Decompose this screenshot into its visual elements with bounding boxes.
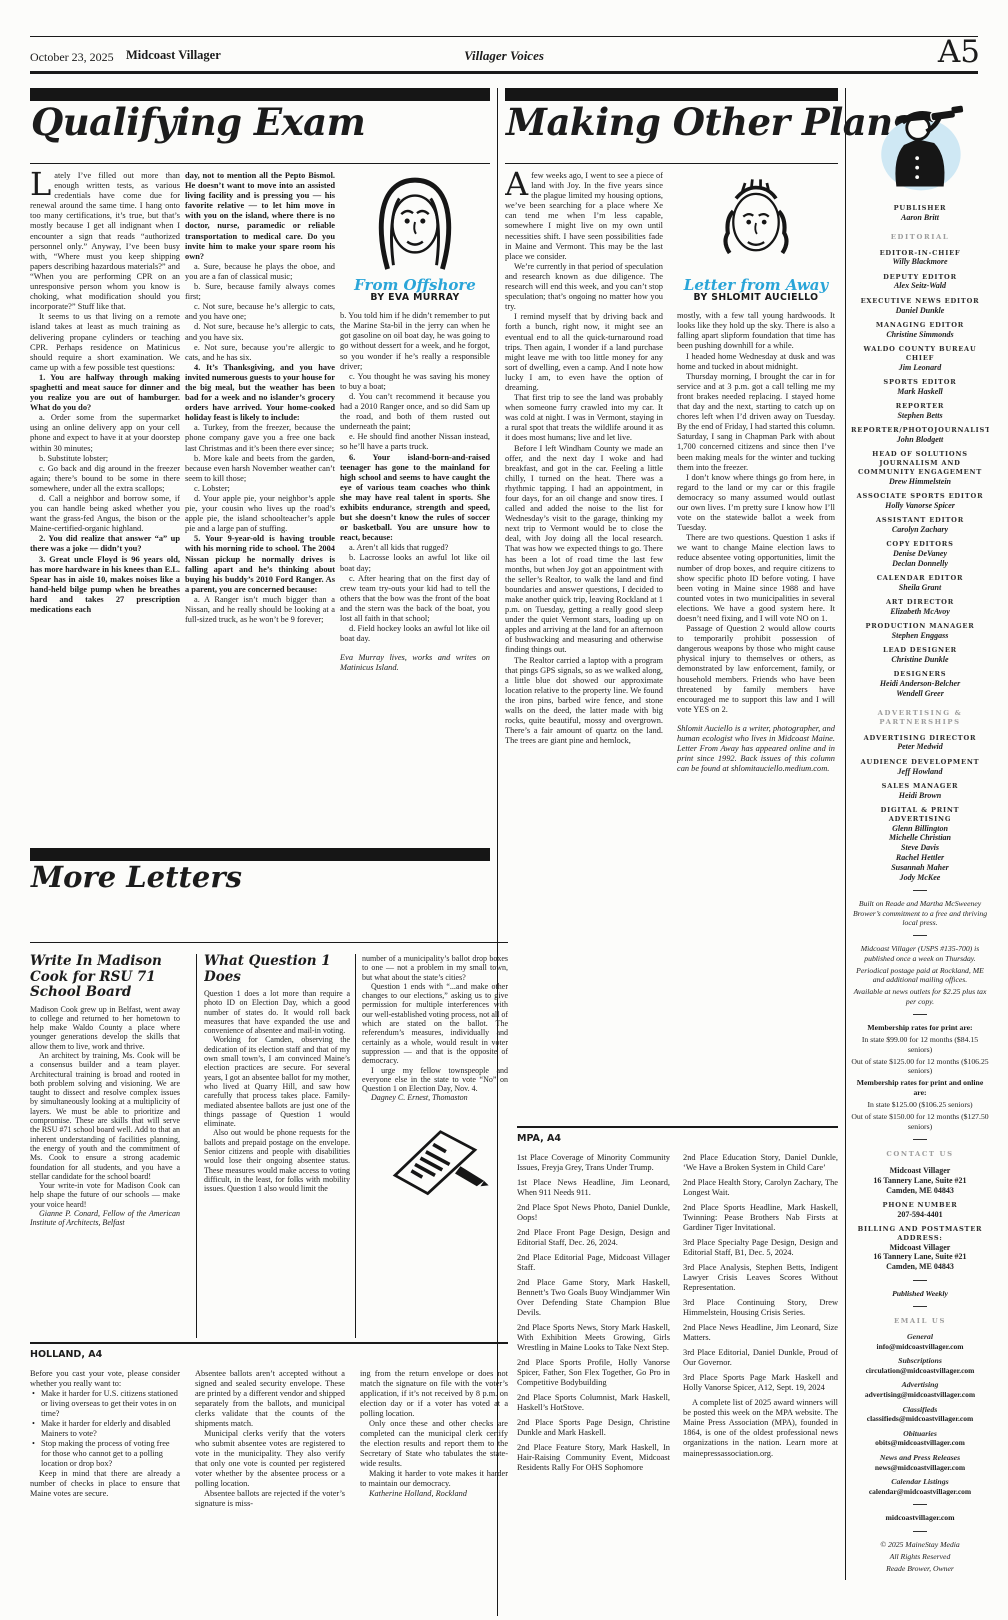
- making-other-plans-kicker: Letter from Away: [677, 280, 835, 290]
- letter-madison-cook-heading: Write In Madison Cook for RSU 71 School …: [30, 954, 180, 1001]
- qualifying-exam-column-3-text: b. You told him if he didn’t remember to…: [340, 311, 490, 673]
- letters-divider-2: [355, 954, 356, 1338]
- letter-question-1-text: Question 1 does a lot more than require …: [204, 989, 350, 1194]
- mpa-column-2: 2nd Place Education Story, Daniel Dunkle…: [683, 1153, 838, 1615]
- header-rule-bottom: [30, 71, 978, 74]
- more-letters-rule: [30, 942, 508, 943]
- published-weekly-note: Published Weekly: [851, 1280, 989, 1307]
- email-directory: Generalinfo@midcoastvillager.comSubscrip…: [851, 1333, 989, 1496]
- mpa-continuation-label: MPA, A4: [517, 1133, 561, 1144]
- editorial-section-header: EDITORIAL: [851, 233, 989, 242]
- making-other-plans-column-2-text: mostly, with a few tall young hardwoods.…: [677, 311, 835, 774]
- making-other-plans-title-rule: [505, 163, 838, 164]
- advertising-section-header: ADVERTISING & PARTNERSHIPS: [851, 709, 989, 727]
- publisher-role: PUBLISHERAaron Britt: [851, 204, 989, 223]
- masthead-footer: midcoastvillager.com© 2025 MaineStay Med…: [851, 1504, 989, 1573]
- more-letters-title: More Letters: [31, 860, 242, 894]
- letter-question-1-heading: What Question 1 Does: [204, 954, 350, 985]
- letter-question-1-continued-text: number of a municipality’s ballot drop b…: [362, 954, 508, 1103]
- letter-and-pen-illustration: [380, 1119, 490, 1199]
- spyglass-figure-logo: [868, 92, 972, 196]
- qualifying-exam-column-1: Lately I’ve filled out more than enough …: [30, 171, 180, 838]
- advertising-roles: ADVERTISING DIRECTORPeter MedwidAUDIENCE…: [851, 734, 989, 883]
- section-name: Villager Voices: [0, 48, 1008, 64]
- newspaper-page: October 23, 2025 Midcoast Villager Villa…: [0, 0, 1008, 1620]
- making-other-plans-column-2: Letter from Away BY SHLOMIT AUCIELLO mos…: [677, 171, 835, 1116]
- mpa-column-1: 1st Place Coverage of Minority Community…: [517, 1153, 670, 1615]
- header-rule-top: [30, 36, 978, 37]
- letter-madison-cook: Write In Madison Cook for RSU 71 School …: [30, 954, 180, 1340]
- contact-details: Midcoast Villager16 Tannery Lane, Suite …: [851, 1166, 989, 1272]
- holland-column-3: ing from the return envelope or does not…: [360, 1369, 508, 1615]
- mpa-section-rule: [517, 1126, 838, 1128]
- membership-rates: Membership rates for print are:In state …: [851, 1023, 989, 1140]
- qualifying-exam-title-rule: [30, 163, 490, 164]
- qualifying-exam-byline: BY EVA MURRAY: [340, 293, 490, 303]
- holland-column-2: Absentee ballots aren’t accepted without…: [195, 1369, 345, 1615]
- making-other-plans-column-1: A few weeks ago, I went to see a piece o…: [505, 171, 663, 1116]
- holland-column-1: Before you cast your vote, please consid…: [30, 1369, 180, 1615]
- shlomit-auciello-portrait-illustration: [706, 171, 806, 275]
- masthead-notes: Built on Reade and Martha McSweeney Brow…: [851, 890, 989, 1015]
- eva-murray-portrait-illustration: [366, 171, 464, 275]
- qualifying-exam-title: Qualifying Exam: [31, 100, 365, 144]
- qualifying-exam-column-3: From Offshore BY EVA MURRAY b. You told …: [340, 171, 490, 838]
- letter-madison-cook-text: Madison Cook grew up in Belfast, went aw…: [30, 1005, 180, 1228]
- page-number: A5: [938, 34, 980, 70]
- qualifying-exam-kicker: From Offshore: [340, 280, 490, 290]
- letters-divider-1: [196, 954, 197, 1338]
- contact-section-header: CONTACT US: [851, 1150, 989, 1159]
- holland-continuation-label: HOLLAND, A4: [30, 1349, 102, 1360]
- editorial-roles: EDITOR-IN-CHIEFWilly BlackmoreDEPUTY EDI…: [851, 249, 989, 699]
- letter-question-1: What Question 1 Does Question 1 does a l…: [204, 954, 350, 1340]
- column-divider-right: [845, 88, 846, 1580]
- masthead-sidebar: PUBLISHERAaron Britt EDITORIAL EDITOR-IN…: [851, 88, 989, 1580]
- holland-section-rule: [30, 1342, 508, 1344]
- email-section-header: EMAIL US: [851, 1317, 989, 1326]
- letter-question-1-continued: number of a municipality’s ballot drop b…: [362, 954, 508, 1340]
- making-other-plans-byline: BY SHLOMIT AUCIELLO: [677, 293, 835, 303]
- qualifying-exam-column-2: day, not to mention all the Pepto Bismol…: [185, 171, 335, 838]
